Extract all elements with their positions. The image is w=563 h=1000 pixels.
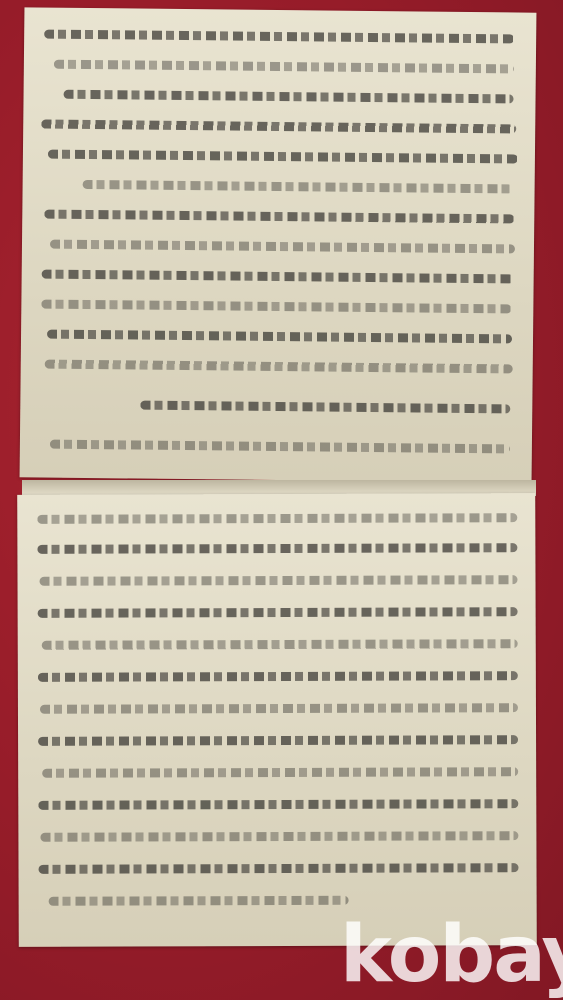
manuscript-upper-panel <box>20 7 537 482</box>
manuscript-lower-panel <box>17 493 537 947</box>
watermark-logo: kobay <box>340 920 563 990</box>
